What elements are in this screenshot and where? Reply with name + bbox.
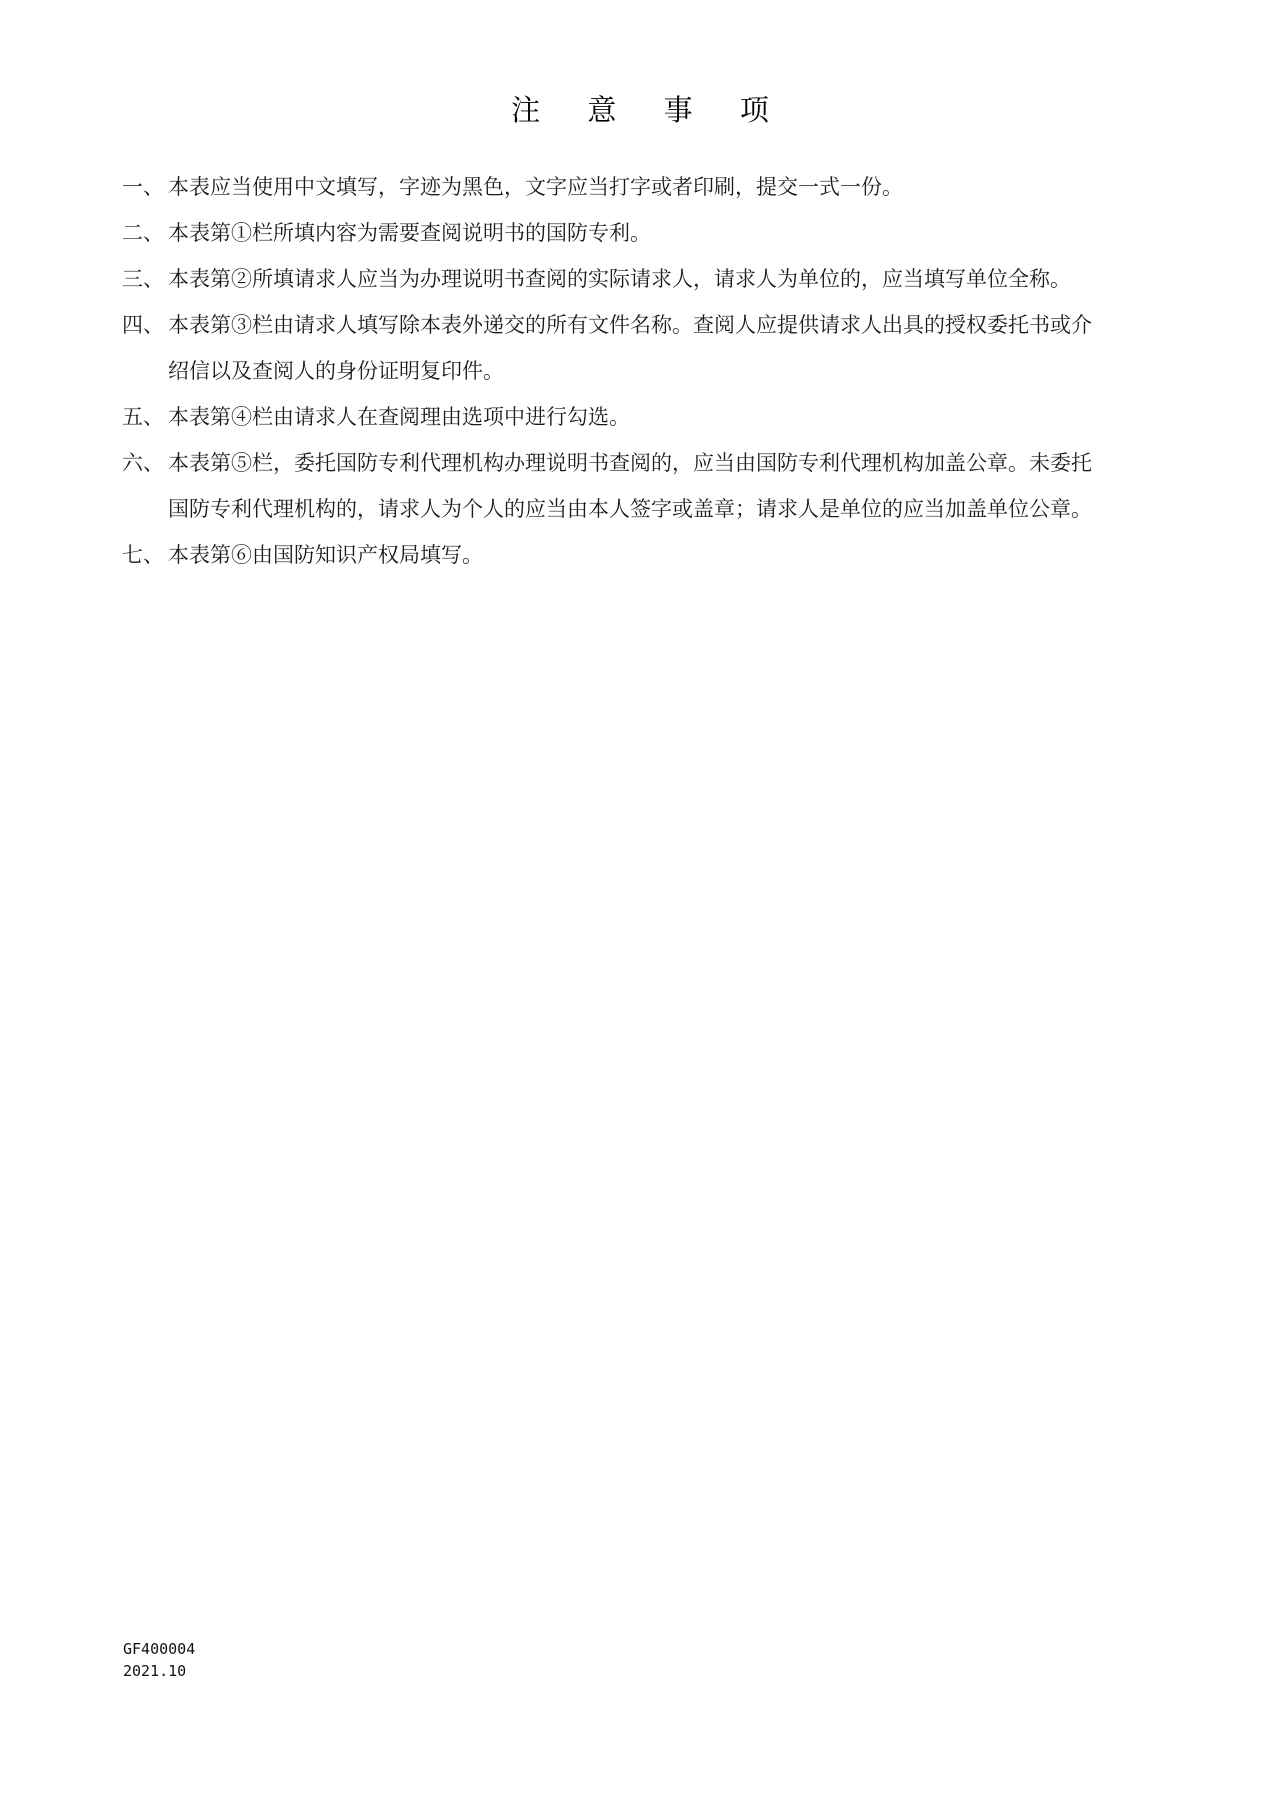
note-text: 本表应当使用中文填写，字迹为黑色，文字应当打字或者印刷，提交一式一份。 [168,175,903,199]
note-number: 三、 [122,256,168,302]
note-item-1: 一、本表应当使用中文填写，字迹为黑色，文字应当打字或者印刷，提交一式一份。 [122,164,1182,210]
form-footer: GF400004 2021.10 [123,1638,195,1682]
note-text-continued: 绍信以及查阅人的身份证明复印件。 [122,348,1182,394]
page-title: 注 意 事 项 [0,88,1280,129]
note-number: 四、 [122,302,168,348]
note-text: 本表第④栏由请求人在查阅理由选项中进行勾选。 [168,405,630,429]
note-number: 七、 [122,532,168,578]
note-number: 五、 [122,394,168,440]
note-text: 本表第①栏所填内容为需要查阅说明书的国防专利。 [168,221,651,245]
note-number: 六、 [122,440,168,486]
note-item-6: 六、本表第⑤栏，委托国防专利代理机构办理说明书查阅的，应当由国防专利代理机构加盖… [122,440,1182,532]
version-date: 2021.10 [123,1660,195,1682]
note-item-2: 二、本表第①栏所填内容为需要查阅说明书的国防专利。 [122,210,1182,256]
note-number: 二、 [122,210,168,256]
note-number: 一、 [122,164,168,210]
note-item-7: 七、本表第⑥由国防知识产权局填写。 [122,532,1182,578]
note-item-5: 五、本表第④栏由请求人在查阅理由选项中进行勾选。 [122,394,1182,440]
form-code: GF400004 [123,1638,195,1660]
notes-list: 一、本表应当使用中文填写，字迹为黑色，文字应当打字或者印刷，提交一式一份。 二、… [122,164,1182,578]
note-item-3: 三、本表第②所填请求人应当为办理说明书查阅的实际请求人，请求人为单位的，应当填写… [122,256,1182,302]
note-text: 本表第⑥由国防知识产权局填写。 [168,543,483,567]
note-text-continued: 国防专利代理机构的，请求人为个人的应当由本人签字或盖章；请求人是单位的应当加盖单… [122,486,1182,532]
note-text: 本表第③栏由请求人填写除本表外递交的所有文件名称。查阅人应提供请求人出具的授权委… [168,313,1092,337]
note-text: 本表第⑤栏，委托国防专利代理机构办理说明书查阅的，应当由国防专利代理机构加盖公章… [168,451,1092,475]
note-item-4: 四、本表第③栏由请求人填写除本表外递交的所有文件名称。查阅人应提供请求人出具的授… [122,302,1182,394]
note-text: 本表第②所填请求人应当为办理说明书查阅的实际请求人，请求人为单位的，应当填写单位… [168,267,1071,291]
